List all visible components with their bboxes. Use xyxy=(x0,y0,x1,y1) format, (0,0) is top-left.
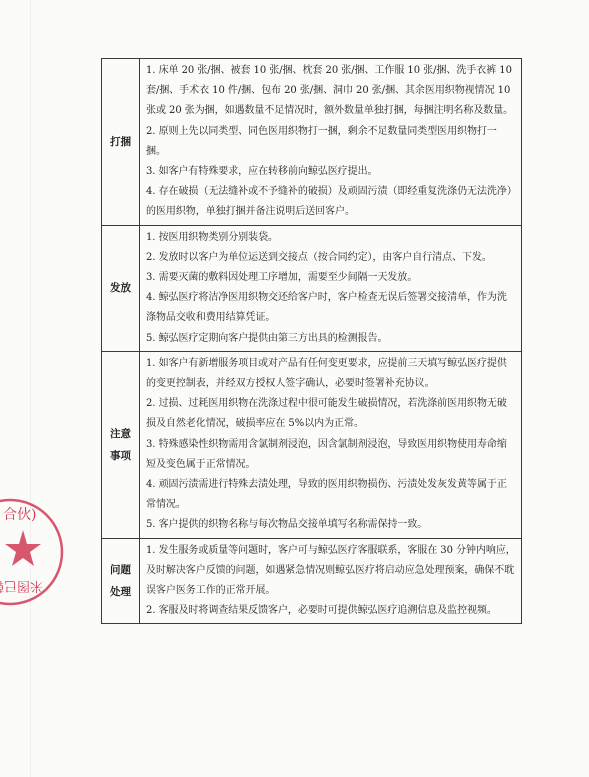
list-item: 5. 客户提供的织物名称与每次物品交接单填写名称需保持一致。 xyxy=(146,515,516,535)
company-seal-stamp: 合伙) 米图已翰 xyxy=(0,497,85,607)
list-item: 2. 发放时以客户为单位运送到交接点（按合同约定），由客户自行清点、下发。 xyxy=(146,248,516,268)
content-cell-notes: 1. 如客户有新增服务项目或对产品有任何变更要求，应提前三天填写鲸弘医疗提供的变… xyxy=(140,351,522,538)
list-item: 4. 存在破损（无法缝补或不予缝补的破损）及顽固污渍（即经重复洗涤仍无法洗净）的… xyxy=(146,182,516,222)
content-cell-bundling: 1. 床单 20 张/捆、被套 10 张/捆、枕套 20 张/捆、工作服 10 … xyxy=(140,59,522,226)
list-item: 3. 如客户有特殊要求，应在转移前向鲸弘医疗提出。 xyxy=(146,162,516,182)
page-edge-shadow xyxy=(30,0,31,777)
list-item: 1. 按医用织物类别分别装袋。 xyxy=(146,228,516,248)
list-item: 3. 特殊感染性织物需用含氯制剂浸泡，因含氯制剂浸泡，导致医用织物使用寿命缩短及… xyxy=(146,435,516,475)
list-item: 2. 过损、过耗医用织物在洗涤过程中很可能发生破损情况，若洗涤前医用织物无破损及… xyxy=(146,394,516,434)
list-item: 2. 客服及时将调查结果反馈客户，必要时可提供鲸弘医疗追溯信息及监控视频。 xyxy=(146,601,516,621)
category-cell-notes: 注意 事项 xyxy=(102,351,140,538)
category-label: 发放 xyxy=(102,277,139,299)
category-label: 处理 xyxy=(102,581,139,603)
list-item: 4. 顽固污渍需进行特殊去渍处理，导致的医用织物损伤、污渍处发灰发黄等属于正常情… xyxy=(146,475,516,515)
category-label: 问题 xyxy=(102,559,139,581)
table-row-bundling: 打捆 1. 床单 20 张/捆、被套 10 张/捆、枕套 20 张/捆、工作服 … xyxy=(102,59,522,226)
service-terms-table: 打捆 1. 床单 20 张/捆、被套 10 张/捆、枕套 20 张/捆、工作服 … xyxy=(101,58,522,624)
content-cell-distribution: 1. 按医用织物类别分别装袋。 2. 发放时以客户为单位运送到交接点（按合同约定… xyxy=(140,225,522,351)
list-item: 3. 需要灭菌的敷料因处理工序增加，需要至少间隔一天发放。 xyxy=(146,268,516,288)
table-row-issue-handling: 问题 处理 1. 发生服务或质量等问题时，客户可与鲸弘医疗客服联系，客服在 30… xyxy=(102,538,522,624)
stamp-bottom-text: 米图已翰 xyxy=(0,578,43,594)
list-item: 1. 发生服务或质量等问题时，客户可与鲸弘医疗客服联系，客服在 30 分钟内响应… xyxy=(146,541,516,602)
category-cell-issue-handling: 问题 处理 xyxy=(102,538,140,624)
list-item: 5. 鲸弘医疗定期向客户提供由第三方出具的检测报告。 xyxy=(146,329,516,349)
list-item: 1. 如客户有新增服务项目或对产品有任何变更要求，应提前三天填写鲸弘医疗提供的变… xyxy=(146,354,516,394)
table-row-notes: 注意 事项 1. 如客户有新增服务项目或对产品有任何变更要求，应提前三天填写鲸弘… xyxy=(102,351,522,538)
category-label: 打捆 xyxy=(102,131,139,153)
category-cell-distribution: 发放 xyxy=(102,225,140,351)
stamp-top-text: 合伙) xyxy=(3,506,36,523)
content-cell-issue-handling: 1. 发生服务或质量等问题时，客户可与鲸弘医疗客服联系，客服在 30 分钟内响应… xyxy=(140,538,522,624)
list-item: 4. 鲸弘医疗将洁净医用织物交还给客户时，客户检查无误后签署交接清单，作为洗涤物… xyxy=(146,288,516,328)
category-label: 事项 xyxy=(102,445,139,467)
category-label: 注意 xyxy=(102,423,139,445)
list-item: 1. 床单 20 张/捆、被套 10 张/捆、枕套 20 张/捆、工作服 10 … xyxy=(146,61,516,122)
table-row-distribution: 发放 1. 按医用织物类别分别装袋。 2. 发放时以客户为单位运送到交接点（按合… xyxy=(102,225,522,351)
list-item: 2. 原则上先以同类型、同色医用织物打一捆，剩余不足数量同类型医用织物打一捆。 xyxy=(146,122,516,162)
star-icon xyxy=(5,530,41,566)
category-cell-bundling: 打捆 xyxy=(102,59,140,226)
